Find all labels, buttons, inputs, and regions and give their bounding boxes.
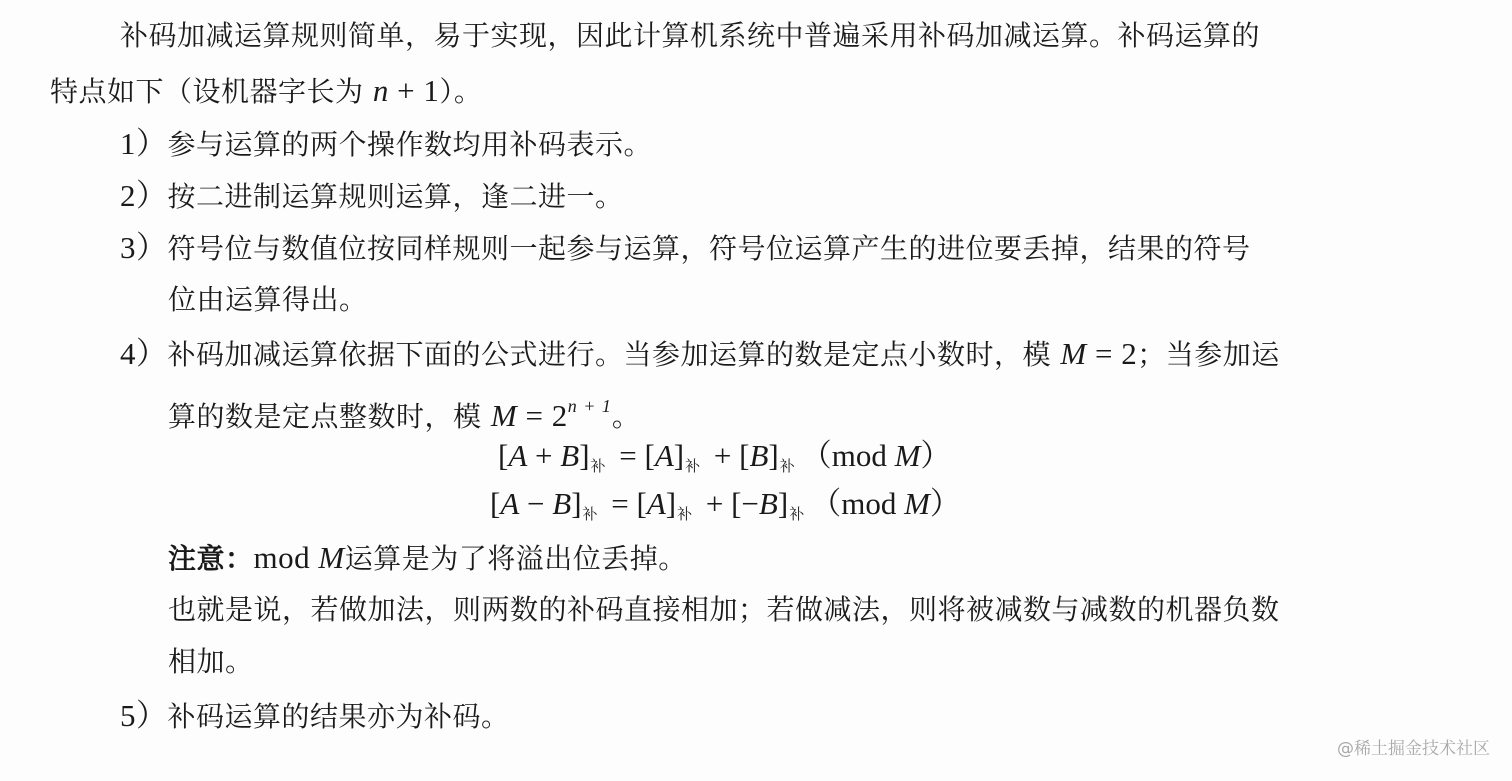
operator-equals: =: [604, 486, 637, 521]
note-explain-line-1: 也就是说，若做加法，则两数的补码直接相加；若做减法，则将被减数与减数的机器负数: [168, 592, 1280, 628]
list-item-5: 5）补码运算的结果亦为补码。: [120, 698, 510, 735]
operator-plus: +: [527, 438, 560, 473]
subscript-complement: 补: [591, 459, 606, 475]
list-marker: 1）: [120, 126, 168, 161]
intro-line-1: 补码加减运算规则简单，易于实现，因此计算机系统中普遍采用补码加减运算。补码运算的: [120, 18, 1260, 54]
bracket: ]: [579, 438, 589, 473]
subscript-complement: 补: [780, 459, 795, 475]
paren-close: ）: [920, 438, 951, 473]
note-explain-line-2: 相加。: [168, 644, 254, 680]
list-item-text: 符号位与数值位按同样规则一起参与运算，符号位运算产生的进位要丢掉，结果的符号: [168, 232, 1251, 265]
note-explain-text: 也就是说，若做加法，则两数的补码直接相加；若做减法，则将被减数与减数的机器负数: [168, 593, 1280, 626]
var-A: A: [647, 486, 666, 521]
list-marker: 4）: [120, 336, 168, 371]
list-item-text: 参与运算的两个操作数均用补码表示。: [168, 128, 653, 161]
formula-addition: [A + B]补 = [A]补 + [B]补（mod M）: [498, 436, 951, 487]
document-page: 补码加减运算规则简单，易于实现，因此计算机系统中普遍采用补码加减运算。补码运算的…: [0, 0, 1512, 781]
list-marker: 2）: [120, 178, 168, 213]
var-B: B: [560, 438, 579, 473]
list-item-4: 4）补码加减运算依据下面的公式进行。当参加运算的数是定点小数时，模 M = 2；…: [120, 336, 1280, 373]
operator-equals: =: [612, 438, 645, 473]
subscript-complement: 补: [789, 507, 804, 523]
math-exponent: n + 1: [568, 396, 612, 416]
bracket: [: [645, 438, 655, 473]
bracket: [: [739, 438, 749, 473]
list-item-3-continuation: 位由运算得出。: [168, 282, 368, 318]
list-marker: 5）: [120, 698, 168, 733]
list-item-text: ；当参加运: [1137, 338, 1280, 371]
var-A: A: [500, 486, 519, 521]
list-item-text: 补码加减运算依据下面的公式进行。当参加运算的数是定点小数时，模: [168, 338, 1061, 371]
mod-text: （mod: [801, 438, 895, 473]
math-M: M: [318, 540, 344, 575]
intro-line-2: 特点如下（设机器字长为 n + 1）。: [50, 73, 482, 110]
note-explain-text: 相加。: [168, 645, 254, 678]
subscript-complement: 补: [685, 459, 700, 475]
math-n: n: [373, 73, 389, 108]
bracket: ]: [666, 486, 676, 521]
list-item-1: 1）参与运算的两个操作数均用补码表示。: [120, 126, 652, 163]
operator-minus: −: [519, 486, 552, 521]
paren-close: ）: [930, 486, 961, 521]
var-M: M: [904, 486, 930, 521]
var-M: M: [895, 438, 921, 473]
list-marker: 3）: [120, 230, 168, 265]
mod-text: mod: [254, 540, 319, 575]
list-item-3: 3）符号位与数值位按同样规则一起参与运算，符号位运算产生的进位要丢掉，结果的符号: [120, 230, 1251, 267]
formula-subtraction: [A − B]补 = [A]补 + [−B]补（mod M）: [490, 484, 961, 535]
list-item-text: 补码运算的结果亦为补码。: [168, 700, 510, 733]
list-item-text: 算的数是定点整数时，模: [168, 400, 491, 433]
operator-plus: +: [698, 486, 731, 521]
bracket: [: [490, 486, 500, 521]
math-plus-one: + 1: [389, 73, 439, 108]
list-item-text: 按二进制运算规则运算，逢二进一。: [168, 180, 624, 213]
var-B: B: [552, 486, 571, 521]
list-item-2: 2）按二进制运算规则运算，逢二进一。: [120, 178, 624, 215]
math-equals-2: = 2: [1087, 336, 1137, 371]
subscript-complement: 补: [677, 507, 692, 523]
mod-text: （mod: [810, 486, 904, 521]
list-item-text: 位由运算得出。: [168, 283, 368, 316]
bracket: [: [637, 486, 647, 521]
operator-plus: +: [706, 438, 739, 473]
bracket: ]: [571, 486, 581, 521]
var-B: B: [749, 438, 768, 473]
math-M: M: [491, 398, 517, 433]
list-item-4-continuation: 算的数是定点整数时，模 M = 2n + 1。: [168, 388, 640, 435]
intro-text: 补码加减运算规则简单，易于实现，因此计算机系统中普遍采用补码加减运算。补码运算的: [120, 19, 1260, 52]
var-B: B: [759, 486, 778, 521]
bracket: ]: [674, 438, 684, 473]
bracket: [: [498, 438, 508, 473]
subscript-complement: 补: [583, 507, 598, 523]
var-A: A: [508, 438, 527, 473]
intro-end: ）。: [439, 75, 482, 108]
bracket: ]: [768, 438, 778, 473]
watermark: @稀土掘金技术社区: [1337, 734, 1490, 759]
note-label: 注意：: [168, 542, 254, 575]
note-line: 注意：mod M运算是为了将溢出位丢掉。: [168, 540, 687, 577]
intro-text-2: 特点如下（设机器字长为: [50, 75, 373, 108]
math-equals-2: = 2: [517, 398, 567, 433]
bracket-negation: [−: [731, 486, 759, 521]
bracket: ]: [778, 486, 788, 521]
math-M: M: [1060, 336, 1086, 371]
list-item-text: 。: [612, 400, 641, 433]
var-A: A: [655, 438, 674, 473]
note-text: 运算是为了将溢出位丢掉。: [345, 542, 687, 575]
